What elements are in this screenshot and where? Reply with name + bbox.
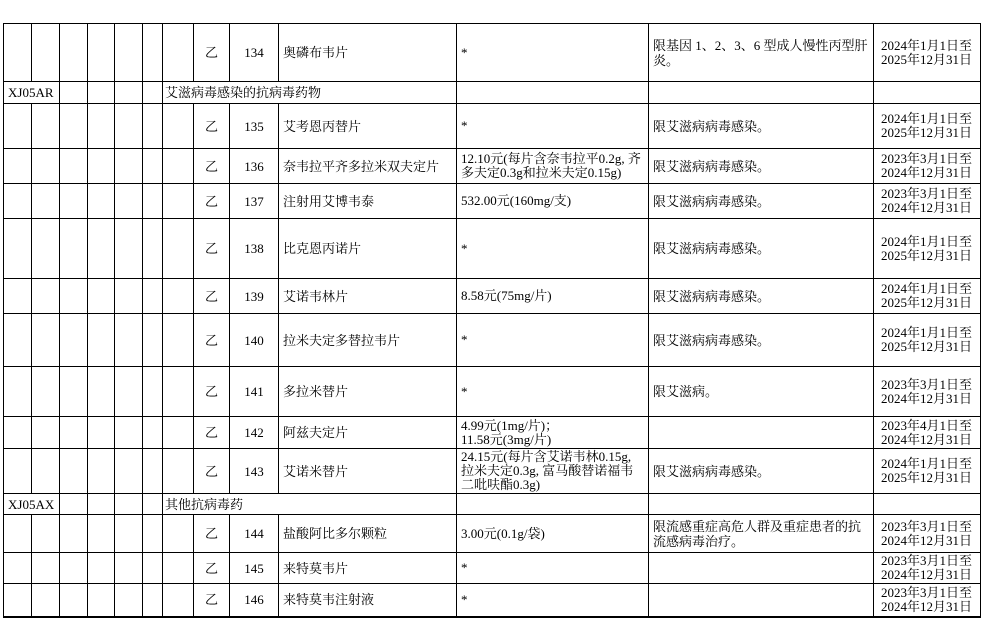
number-cell: 141 bbox=[230, 367, 279, 417]
empty-cell bbox=[143, 417, 163, 449]
empty-cell bbox=[115, 417, 143, 449]
restriction-cell: 限基因 1、2、3、6 型成人慢性丙型肝炎。 bbox=[649, 24, 874, 82]
empty-cell bbox=[88, 417, 115, 449]
drug-row: 乙139艾诺韦林片8.58元(75mg/片)限艾滋病病毒感染。2024年1月1日… bbox=[4, 279, 981, 314]
empty-cell bbox=[115, 314, 143, 367]
empty-cell bbox=[163, 584, 194, 617]
empty-cell bbox=[60, 184, 88, 219]
price-cell: * bbox=[457, 219, 649, 279]
category-cell: 乙 bbox=[194, 367, 230, 417]
empty-cell bbox=[32, 417, 60, 449]
empty-cell bbox=[4, 584, 32, 617]
empty-cell bbox=[115, 515, 143, 553]
empty-cell bbox=[4, 515, 32, 553]
validity-period-cell: 2023年3月1日至 2024年12月31日 bbox=[874, 149, 981, 184]
number-cell: 142 bbox=[230, 417, 279, 449]
empty-cell bbox=[32, 367, 60, 417]
number-cell: 138 bbox=[230, 219, 279, 279]
empty-cell bbox=[4, 219, 32, 279]
empty-cell bbox=[163, 219, 194, 279]
validity-period-cell: 2024年1月1日至 2025年12月31日 bbox=[874, 24, 981, 82]
price-cell: * bbox=[457, 314, 649, 367]
restriction-cell bbox=[649, 417, 874, 449]
empty-cell bbox=[143, 219, 163, 279]
empty-cell bbox=[4, 279, 32, 314]
empty-cell bbox=[32, 584, 60, 617]
restriction-cell: 限艾滋病病毒感染。 bbox=[649, 279, 874, 314]
price-cell: 24.15元(每片含艾诺韦林0.15g, 拉米夫定0.3g, 富马酸替诺福韦二吡… bbox=[457, 449, 649, 494]
category-cell: 乙 bbox=[194, 449, 230, 494]
empty-cell bbox=[143, 104, 163, 149]
empty-cell bbox=[88, 449, 115, 494]
empty-cell bbox=[163, 515, 194, 553]
empty-cell bbox=[115, 149, 143, 184]
empty-cell bbox=[88, 184, 115, 219]
section-row: XJ05AR艾滋病毒感染的抗病毒药物 bbox=[4, 82, 981, 104]
number-cell: 146 bbox=[230, 584, 279, 617]
empty-cell bbox=[4, 149, 32, 184]
empty-cell bbox=[60, 494, 88, 515]
empty-cell bbox=[60, 417, 88, 449]
drug-name-cell: 来特莫韦注射液 bbox=[279, 584, 457, 617]
drug-name-cell: 盐酸阿比多尔颗粒 bbox=[279, 515, 457, 553]
drug-name-cell: 艾考恩丙替片 bbox=[279, 104, 457, 149]
empty-cell bbox=[4, 24, 32, 82]
category-cell: 乙 bbox=[194, 279, 230, 314]
empty-cell bbox=[60, 104, 88, 149]
empty-cell bbox=[88, 82, 115, 104]
number-cell: 136 bbox=[230, 149, 279, 184]
empty-cell bbox=[457, 82, 649, 104]
restriction-cell: 限艾滋病病毒感染。 bbox=[649, 449, 874, 494]
validity-period-cell: 2024年1月1日至 2025年12月31日 bbox=[874, 449, 981, 494]
drug-row: 乙137注射用艾博韦泰532.00元(160mg/支)限艾滋病病毒感染。2023… bbox=[4, 184, 981, 219]
empty-cell bbox=[32, 184, 60, 219]
empty-cell bbox=[60, 553, 88, 584]
section-title-cell: 艾滋病毒感染的抗病毒药物 bbox=[163, 82, 457, 104]
restriction-cell bbox=[649, 553, 874, 584]
price-cell: * bbox=[457, 104, 649, 149]
empty-cell bbox=[88, 104, 115, 149]
empty-cell bbox=[32, 24, 60, 82]
empty-cell bbox=[60, 219, 88, 279]
empty-cell bbox=[88, 367, 115, 417]
restriction-cell: 限艾滋病病毒感染。 bbox=[649, 149, 874, 184]
restriction-cell: 限流感重症高危人群及重症患者的抗流感病毒治疗。 bbox=[649, 515, 874, 553]
empty-cell bbox=[32, 553, 60, 584]
number-cell: 145 bbox=[230, 553, 279, 584]
empty-cell bbox=[115, 219, 143, 279]
section-code-cell: XJ05AR bbox=[4, 82, 60, 104]
restriction-cell: 限艾滋病病毒感染。 bbox=[649, 184, 874, 219]
empty-cell bbox=[163, 279, 194, 314]
empty-cell bbox=[874, 494, 981, 515]
validity-period-cell: 2024年1月1日至 2025年12月31日 bbox=[874, 104, 981, 149]
empty-cell bbox=[4, 314, 32, 367]
empty-cell bbox=[163, 367, 194, 417]
empty-cell bbox=[163, 149, 194, 184]
number-cell: 144 bbox=[230, 515, 279, 553]
empty-cell bbox=[115, 367, 143, 417]
empty-cell bbox=[143, 515, 163, 553]
empty-cell bbox=[88, 553, 115, 584]
drug-row: 乙138比克恩丙诺片*限艾滋病病毒感染。2024年1月1日至 2025年12月3… bbox=[4, 219, 981, 279]
empty-cell bbox=[115, 494, 143, 515]
drug-name-cell: 艾诺韦林片 bbox=[279, 279, 457, 314]
number-cell: 135 bbox=[230, 104, 279, 149]
price-cell: * bbox=[457, 584, 649, 617]
empty-cell bbox=[163, 24, 194, 82]
drug-row: 乙142阿兹夫定片4.99元(1mg/片)； 11.58元(3mg/片)2023… bbox=[4, 417, 981, 449]
validity-period-cell: 2024年1月1日至 2025年12月31日 bbox=[874, 219, 981, 279]
empty-cell bbox=[88, 314, 115, 367]
price-cell: * bbox=[457, 24, 649, 82]
empty-cell bbox=[874, 82, 981, 104]
validity-period-cell: 2024年1月1日至 2025年12月31日 bbox=[874, 279, 981, 314]
empty-cell bbox=[60, 515, 88, 553]
empty-cell bbox=[143, 494, 163, 515]
empty-cell bbox=[88, 279, 115, 314]
number-cell: 140 bbox=[230, 314, 279, 367]
validity-period-cell: 2023年3月1日至 2024年12月31日 bbox=[874, 367, 981, 417]
empty-cell bbox=[88, 219, 115, 279]
section-row: XJ05AX其他抗病毒药 bbox=[4, 494, 981, 515]
validity-period-cell: 2023年3月1日至 2024年12月31日 bbox=[874, 553, 981, 584]
empty-cell bbox=[60, 314, 88, 367]
empty-cell bbox=[649, 82, 874, 104]
validity-period-cell: 2024年1月1日至 2025年12月31日 bbox=[874, 314, 981, 367]
empty-cell bbox=[143, 449, 163, 494]
drug-name-cell: 来特莫韦片 bbox=[279, 553, 457, 584]
price-cell: * bbox=[457, 553, 649, 584]
empty-cell bbox=[4, 104, 32, 149]
empty-cell bbox=[143, 553, 163, 584]
category-cell: 乙 bbox=[194, 553, 230, 584]
empty-cell bbox=[32, 314, 60, 367]
restriction-cell: 限艾滋病病毒感染。 bbox=[649, 314, 874, 367]
empty-cell bbox=[163, 553, 194, 584]
drug-row: 乙134奥磷布韦片*限基因 1、2、3、6 型成人慢性丙型肝炎。2024年1月1… bbox=[4, 24, 981, 82]
empty-cell bbox=[115, 82, 143, 104]
category-cell: 乙 bbox=[194, 515, 230, 553]
empty-cell bbox=[163, 449, 194, 494]
drug-row: 乙140拉米夫定多替拉韦片*限艾滋病病毒感染。2024年1月1日至 2025年1… bbox=[4, 314, 981, 367]
empty-cell bbox=[163, 417, 194, 449]
empty-cell bbox=[60, 584, 88, 617]
number-cell: 137 bbox=[230, 184, 279, 219]
empty-cell bbox=[143, 314, 163, 367]
section-code-cell: XJ05AX bbox=[4, 494, 60, 515]
empty-cell bbox=[60, 449, 88, 494]
drug-name-cell: 拉米夫定多替拉韦片 bbox=[279, 314, 457, 367]
drug-name-cell: 比克恩丙诺片 bbox=[279, 219, 457, 279]
validity-period-cell: 2023年4月1日至 2024年12月31日 bbox=[874, 417, 981, 449]
empty-cell bbox=[88, 24, 115, 82]
empty-cell bbox=[4, 553, 32, 584]
empty-cell bbox=[163, 184, 194, 219]
category-cell: 乙 bbox=[194, 24, 230, 82]
empty-cell bbox=[143, 584, 163, 617]
number-cell: 143 bbox=[230, 449, 279, 494]
empty-cell bbox=[88, 494, 115, 515]
number-cell: 139 bbox=[230, 279, 279, 314]
number-cell: 134 bbox=[230, 24, 279, 82]
drug-row: 乙144盐酸阿比多尔颗粒3.00元(0.1g/袋)限流感重症高危人群及重症患者的… bbox=[4, 515, 981, 553]
empty-cell bbox=[4, 449, 32, 494]
category-cell: 乙 bbox=[194, 149, 230, 184]
empty-cell bbox=[60, 279, 88, 314]
empty-cell bbox=[88, 584, 115, 617]
empty-cell bbox=[88, 149, 115, 184]
drug-catalog-table: 乙134奥磷布韦片*限基因 1、2、3、6 型成人慢性丙型肝炎。2024年1月1… bbox=[3, 23, 981, 618]
empty-cell bbox=[143, 367, 163, 417]
restriction-cell bbox=[649, 584, 874, 617]
empty-cell bbox=[115, 104, 143, 149]
empty-cell bbox=[163, 314, 194, 367]
empty-cell bbox=[60, 149, 88, 184]
empty-cell bbox=[143, 279, 163, 314]
validity-period-cell: 2023年3月1日至 2024年12月31日 bbox=[874, 184, 981, 219]
empty-cell bbox=[143, 24, 163, 82]
drug-row: 乙146来特莫韦注射液*2023年3月1日至 2024年12月31日 bbox=[4, 584, 981, 617]
price-cell: 8.58元(75mg/片) bbox=[457, 279, 649, 314]
empty-cell bbox=[4, 417, 32, 449]
category-cell: 乙 bbox=[194, 584, 230, 617]
section-title-cell: 其他抗病毒药 bbox=[163, 494, 457, 515]
empty-cell bbox=[457, 494, 649, 515]
empty-cell bbox=[649, 494, 874, 515]
empty-cell bbox=[4, 367, 32, 417]
drug-name-cell: 艾诺米替片 bbox=[279, 449, 457, 494]
empty-cell bbox=[115, 553, 143, 584]
empty-cell bbox=[143, 82, 163, 104]
empty-cell bbox=[163, 104, 194, 149]
empty-cell bbox=[32, 149, 60, 184]
empty-cell bbox=[32, 515, 60, 553]
price-cell: 3.00元(0.1g/袋) bbox=[457, 515, 649, 553]
restriction-cell: 限艾滋病病毒感染。 bbox=[649, 104, 874, 149]
empty-cell bbox=[115, 184, 143, 219]
empty-cell bbox=[60, 82, 88, 104]
empty-cell bbox=[60, 24, 88, 82]
empty-cell bbox=[115, 24, 143, 82]
drug-row: 乙145来特莫韦片*2023年3月1日至 2024年12月31日 bbox=[4, 553, 981, 584]
price-cell: 532.00元(160mg/支) bbox=[457, 184, 649, 219]
category-cell: 乙 bbox=[194, 219, 230, 279]
validity-period-cell: 2023年3月1日至 2024年12月31日 bbox=[874, 584, 981, 617]
drug-name-cell: 多拉米替片 bbox=[279, 367, 457, 417]
drug-name-cell: 奈韦拉平齐多拉米双夫定片 bbox=[279, 149, 457, 184]
empty-cell bbox=[115, 279, 143, 314]
price-cell: 4.99元(1mg/片)； 11.58元(3mg/片) bbox=[457, 417, 649, 449]
restriction-cell: 限艾滋病病毒感染。 bbox=[649, 219, 874, 279]
category-cell: 乙 bbox=[194, 184, 230, 219]
empty-cell bbox=[115, 584, 143, 617]
category-cell: 乙 bbox=[194, 417, 230, 449]
price-cell: 12.10元(每片含奈韦拉平0.2g, 齐多夫定0.3g和拉米夫定0.15g) bbox=[457, 149, 649, 184]
empty-cell bbox=[143, 149, 163, 184]
empty-cell bbox=[32, 219, 60, 279]
category-cell: 乙 bbox=[194, 314, 230, 367]
drug-row: 乙136奈韦拉平齐多拉米双夫定片12.10元(每片含奈韦拉平0.2g, 齐多夫定… bbox=[4, 149, 981, 184]
empty-cell bbox=[32, 449, 60, 494]
restriction-cell: 限艾滋病。 bbox=[649, 367, 874, 417]
drug-name-cell: 奥磷布韦片 bbox=[279, 24, 457, 82]
drug-row: 乙141多拉米替片*限艾滋病。2023年3月1日至 2024年12月31日 bbox=[4, 367, 981, 417]
empty-cell bbox=[143, 184, 163, 219]
drug-name-cell: 阿兹夫定片 bbox=[279, 417, 457, 449]
price-cell: * bbox=[457, 367, 649, 417]
empty-cell bbox=[32, 279, 60, 314]
empty-cell bbox=[88, 515, 115, 553]
category-cell: 乙 bbox=[194, 104, 230, 149]
empty-cell bbox=[115, 449, 143, 494]
empty-cell bbox=[32, 104, 60, 149]
empty-cell bbox=[60, 367, 88, 417]
drug-name-cell: 注射用艾博韦泰 bbox=[279, 184, 457, 219]
drug-row: 乙143艾诺米替片24.15元(每片含艾诺韦林0.15g, 拉米夫定0.3g, … bbox=[4, 449, 981, 494]
empty-cell bbox=[4, 184, 32, 219]
drug-row: 乙135艾考恩丙替片*限艾滋病病毒感染。2024年1月1日至 2025年12月3… bbox=[4, 104, 981, 149]
validity-period-cell: 2023年3月1日至 2024年12月31日 bbox=[874, 515, 981, 553]
